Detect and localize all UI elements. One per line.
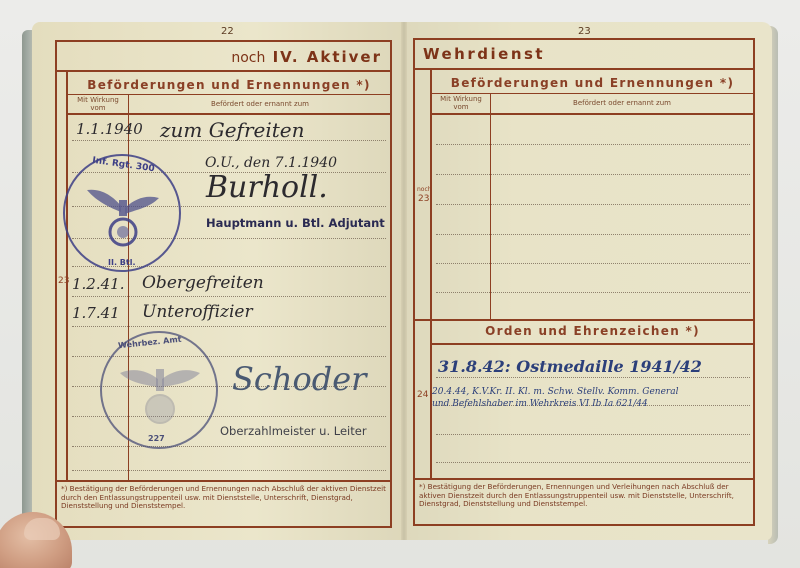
right-col-rank-header: Befördert oder ernannt zum [492,99,752,107]
left-title-bar: noch IV. Aktiver [57,42,390,72]
signature-adjutant: Burholl. [206,170,328,205]
rule [67,113,390,115]
dotted-rule [436,234,750,235]
dotted-rule [436,263,750,264]
left-col-date-header: Mit Wirkung vom [70,96,126,112]
rule [415,319,753,321]
right-column-divider [490,93,491,319]
signature-paymaster: Schoder [232,360,366,398]
dotted-rule [436,462,750,463]
right-margin-rule [430,70,432,478]
left-col-rank-header: Befördert oder ernannt zum [130,100,390,108]
thumb-nail [24,518,60,540]
entry-rank-2: Obergefreiten [142,273,264,293]
right-margin-note: noch [417,186,432,193]
dotted-rule [436,174,750,175]
entry-date-3: 1.7.41 [72,304,120,322]
left-margin-number: 23 [58,276,69,286]
dotted-rule [436,204,750,205]
entry-rank-3: Unteroffizier [142,302,253,322]
dotted-rule [436,144,750,145]
adjutant-title: Hauptmann u. Btl. Adjutant [206,216,385,230]
dotted-rule [436,377,750,378]
rule [67,94,390,95]
right-title-bar: Wehrdienst [415,40,753,70]
right-page-frame [413,38,755,526]
dotted-rule [72,326,386,327]
right-margin-number-2: 24 [417,390,428,400]
entry-rank-1: zum Gefreiten [160,118,305,142]
rule [431,113,753,115]
right-section-title: Beförderungen und Ernennungen *) [432,76,753,90]
entry-date-1: 1.1.1940 [76,120,143,138]
right-col-date-header: Mit Wirkung vom [434,95,488,111]
rule [431,343,753,345]
right-margin-number-1: 23 [418,194,429,204]
office-stamp-bottom-text: 227 [148,434,165,443]
left-title: IV. Aktiver [273,48,382,66]
regiment-stamp-bottom-text: II. Btl. [108,258,135,267]
left-title-prefix: noch [231,50,265,66]
book-gutter [401,22,407,540]
entry-place-date: O.U., den 7.1.1940 [205,155,337,171]
eagle-emblem-icon [118,351,202,429]
award-entry-2-continued: und Befehlshaber im Wehrkreis VI Ib Ia 6… [432,399,648,409]
eagle-emblem-icon [83,178,163,250]
dotted-rule [72,296,386,297]
dotted-rule [436,292,750,293]
awards-section-title: Orden und Ehrenzeichen *) [432,324,753,338]
left-page-number: 22 [221,26,234,37]
left-section-title: Beförderungen und Ernennungen *) [68,78,390,92]
rule [431,93,753,94]
entry-date-2: 1.2.41. [72,275,124,293]
right-page-number: 23 [578,26,591,37]
paymaster-title: Oberzahlmeister u. Leiter [220,424,367,438]
regiment-stamp [63,154,181,272]
award-entry-1: 31.8.42: Ostmedaille 1941/42 [438,357,702,376]
dotted-rule [436,434,750,435]
dotted-rule [72,446,386,447]
right-title: Wehrdienst [423,45,545,63]
award-entry-2: 20.4.44, K.V.Kr. II. Kl. m. Schw. Stellv… [432,387,678,397]
left-footnote: *) Bestätigung der Beförderungen und Ern… [57,482,390,514]
right-footnote: *) Bestätigung der Beförderungen, Ernenn… [415,480,753,512]
dotted-rule [72,470,386,471]
